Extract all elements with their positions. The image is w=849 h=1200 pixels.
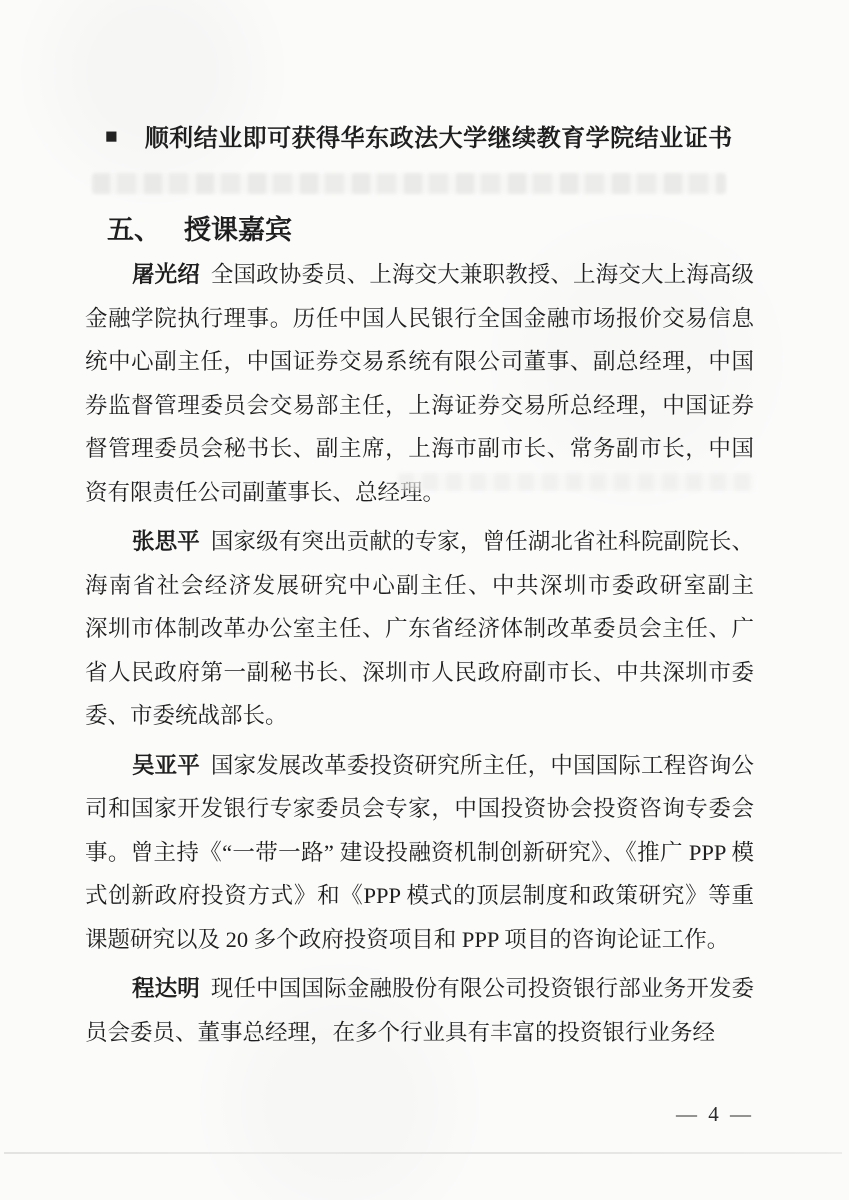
bio-line: 吴亚平国家发展改革委投资研究所主任，中国国际工程咨询公: [85, 744, 754, 788]
bullet-item: ■ 顺利结业即可获得华东政法大学继续教育学院结业证书: [105, 118, 733, 153]
square-bullet-icon: ■: [105, 126, 118, 147]
bio-line: 深圳市体制改革办公室主任、广东省经济体制改革委员会主任、广东: [85, 607, 754, 651]
speaker-paragraph-wuyaping: 吴亚平国家发展改革委投资研究所主任，中国国际工程咨询公 司和国家开发银行专家委员…: [85, 744, 754, 962]
page-number: — 4 —: [676, 1102, 754, 1127]
speaker-name: 程达明: [132, 976, 200, 1001]
speaker-bios: 屠光绍全国政协委员、上海交大兼职教授、上海交大上海高级 金融学院执行理事。历任中…: [85, 253, 754, 1054]
bio-line: 程达明现任中国国际金融股份有限公司投资银行部业务开发委: [85, 967, 754, 1011]
speaker-paragraph-tuguangshao: 屠光绍全国政协委员、上海交大兼职教授、上海交大上海高级 金融学院执行理事。历任中…: [85, 253, 754, 514]
bio-line: 统中心副主任，中国证券交易系统有限公司董事、副总经理，中国证: [85, 340, 754, 384]
bio-text: 现任中国国际金融股份有限公司投资银行部业务开发委: [211, 976, 754, 1001]
bleedthrough-text-band: [92, 173, 726, 194]
bio-line: 资有限责任公司副董事长、总经理。: [85, 471, 754, 515]
bio-line: 司和国家开发银行专家委员会专家，中国投资协会投资咨询专委会理: [85, 787, 754, 831]
bio-text: 国家级有突出贡献的专家，曾任湖北省社科院副院长、: [211, 529, 754, 554]
speaker-paragraph-chengdaming: 程达明现任中国国际金融股份有限公司投资银行部业务开发委 员会委员、董事总经理，在…: [85, 967, 754, 1054]
bio-line: 张思平国家级有突出贡献的专家，曾任湖北省社科院副院长、: [85, 520, 754, 564]
section-heading: 五、授课嘉宾: [107, 208, 292, 247]
bio-text: 全国政协委员、上海交大兼职教授、上海交大上海高级: [211, 262, 754, 287]
scan-edge-line: [4, 1152, 842, 1154]
section-title: 授课嘉宾: [184, 215, 292, 245]
speaker-name: 吴亚平: [132, 753, 200, 778]
bullet-item-text: 顺利结业即可获得华东政法大学继续教育学院结业证书: [145, 118, 733, 153]
speaker-paragraph-zhangsiping: 张思平国家级有突出贡献的专家，曾任湖北省社科院副院长、 海南省社会经济发展研究中…: [85, 520, 754, 738]
speaker-name: 张思平: [132, 529, 200, 554]
bio-line: 委、市委统战部长。: [85, 694, 754, 738]
speaker-name: 屠光绍: [132, 262, 200, 287]
section-number: 五、: [107, 215, 161, 245]
bio-line: 督管理委员会秘书长、副主席，上海市副市长、常务副市长，中国投: [85, 427, 754, 471]
bio-line: 海南省社会经济发展研究中心副主任、中共深圳市委政研室副主任、: [85, 564, 754, 608]
bio-line: 事。曾主持《“一带一路” 建设投融资机制创新研究》、《推广 PPP 模: [85, 831, 754, 875]
bio-line: 员会委员、董事总经理，在多个行业具有丰富的投资银行业务经验。: [85, 1011, 754, 1055]
bio-line: 券监督管理委员会交易部主任，上海证券交易所总经理，中国证券监: [85, 384, 754, 428]
bio-line: 省人民政府第一副秘书长、深圳市人民政府副市长、中共深圳市委常: [85, 651, 754, 695]
bio-line: 课题研究以及 20 多个政府投资项目和 PPP 项目的咨询论证工作。: [85, 918, 754, 962]
bio-line: 屠光绍全国政协委员、上海交大兼职教授、上海交大上海高级: [85, 253, 754, 297]
scanned-document-page: ■ 顺利结业即可获得华东政法大学继续教育学院结业证书 五、授课嘉宾 屠光绍全国政…: [0, 0, 849, 1200]
bio-text: 国家发展改革委投资研究所主任，中国国际工程咨询公: [211, 753, 754, 778]
bio-line: 式创新政府投资方式》和《PPP 模式的顶层制度和政策研究》等重大: [85, 874, 754, 918]
bio-line: 金融学院执行理事。历任中国人民银行全国金融市场报价交易信息系: [85, 297, 754, 341]
